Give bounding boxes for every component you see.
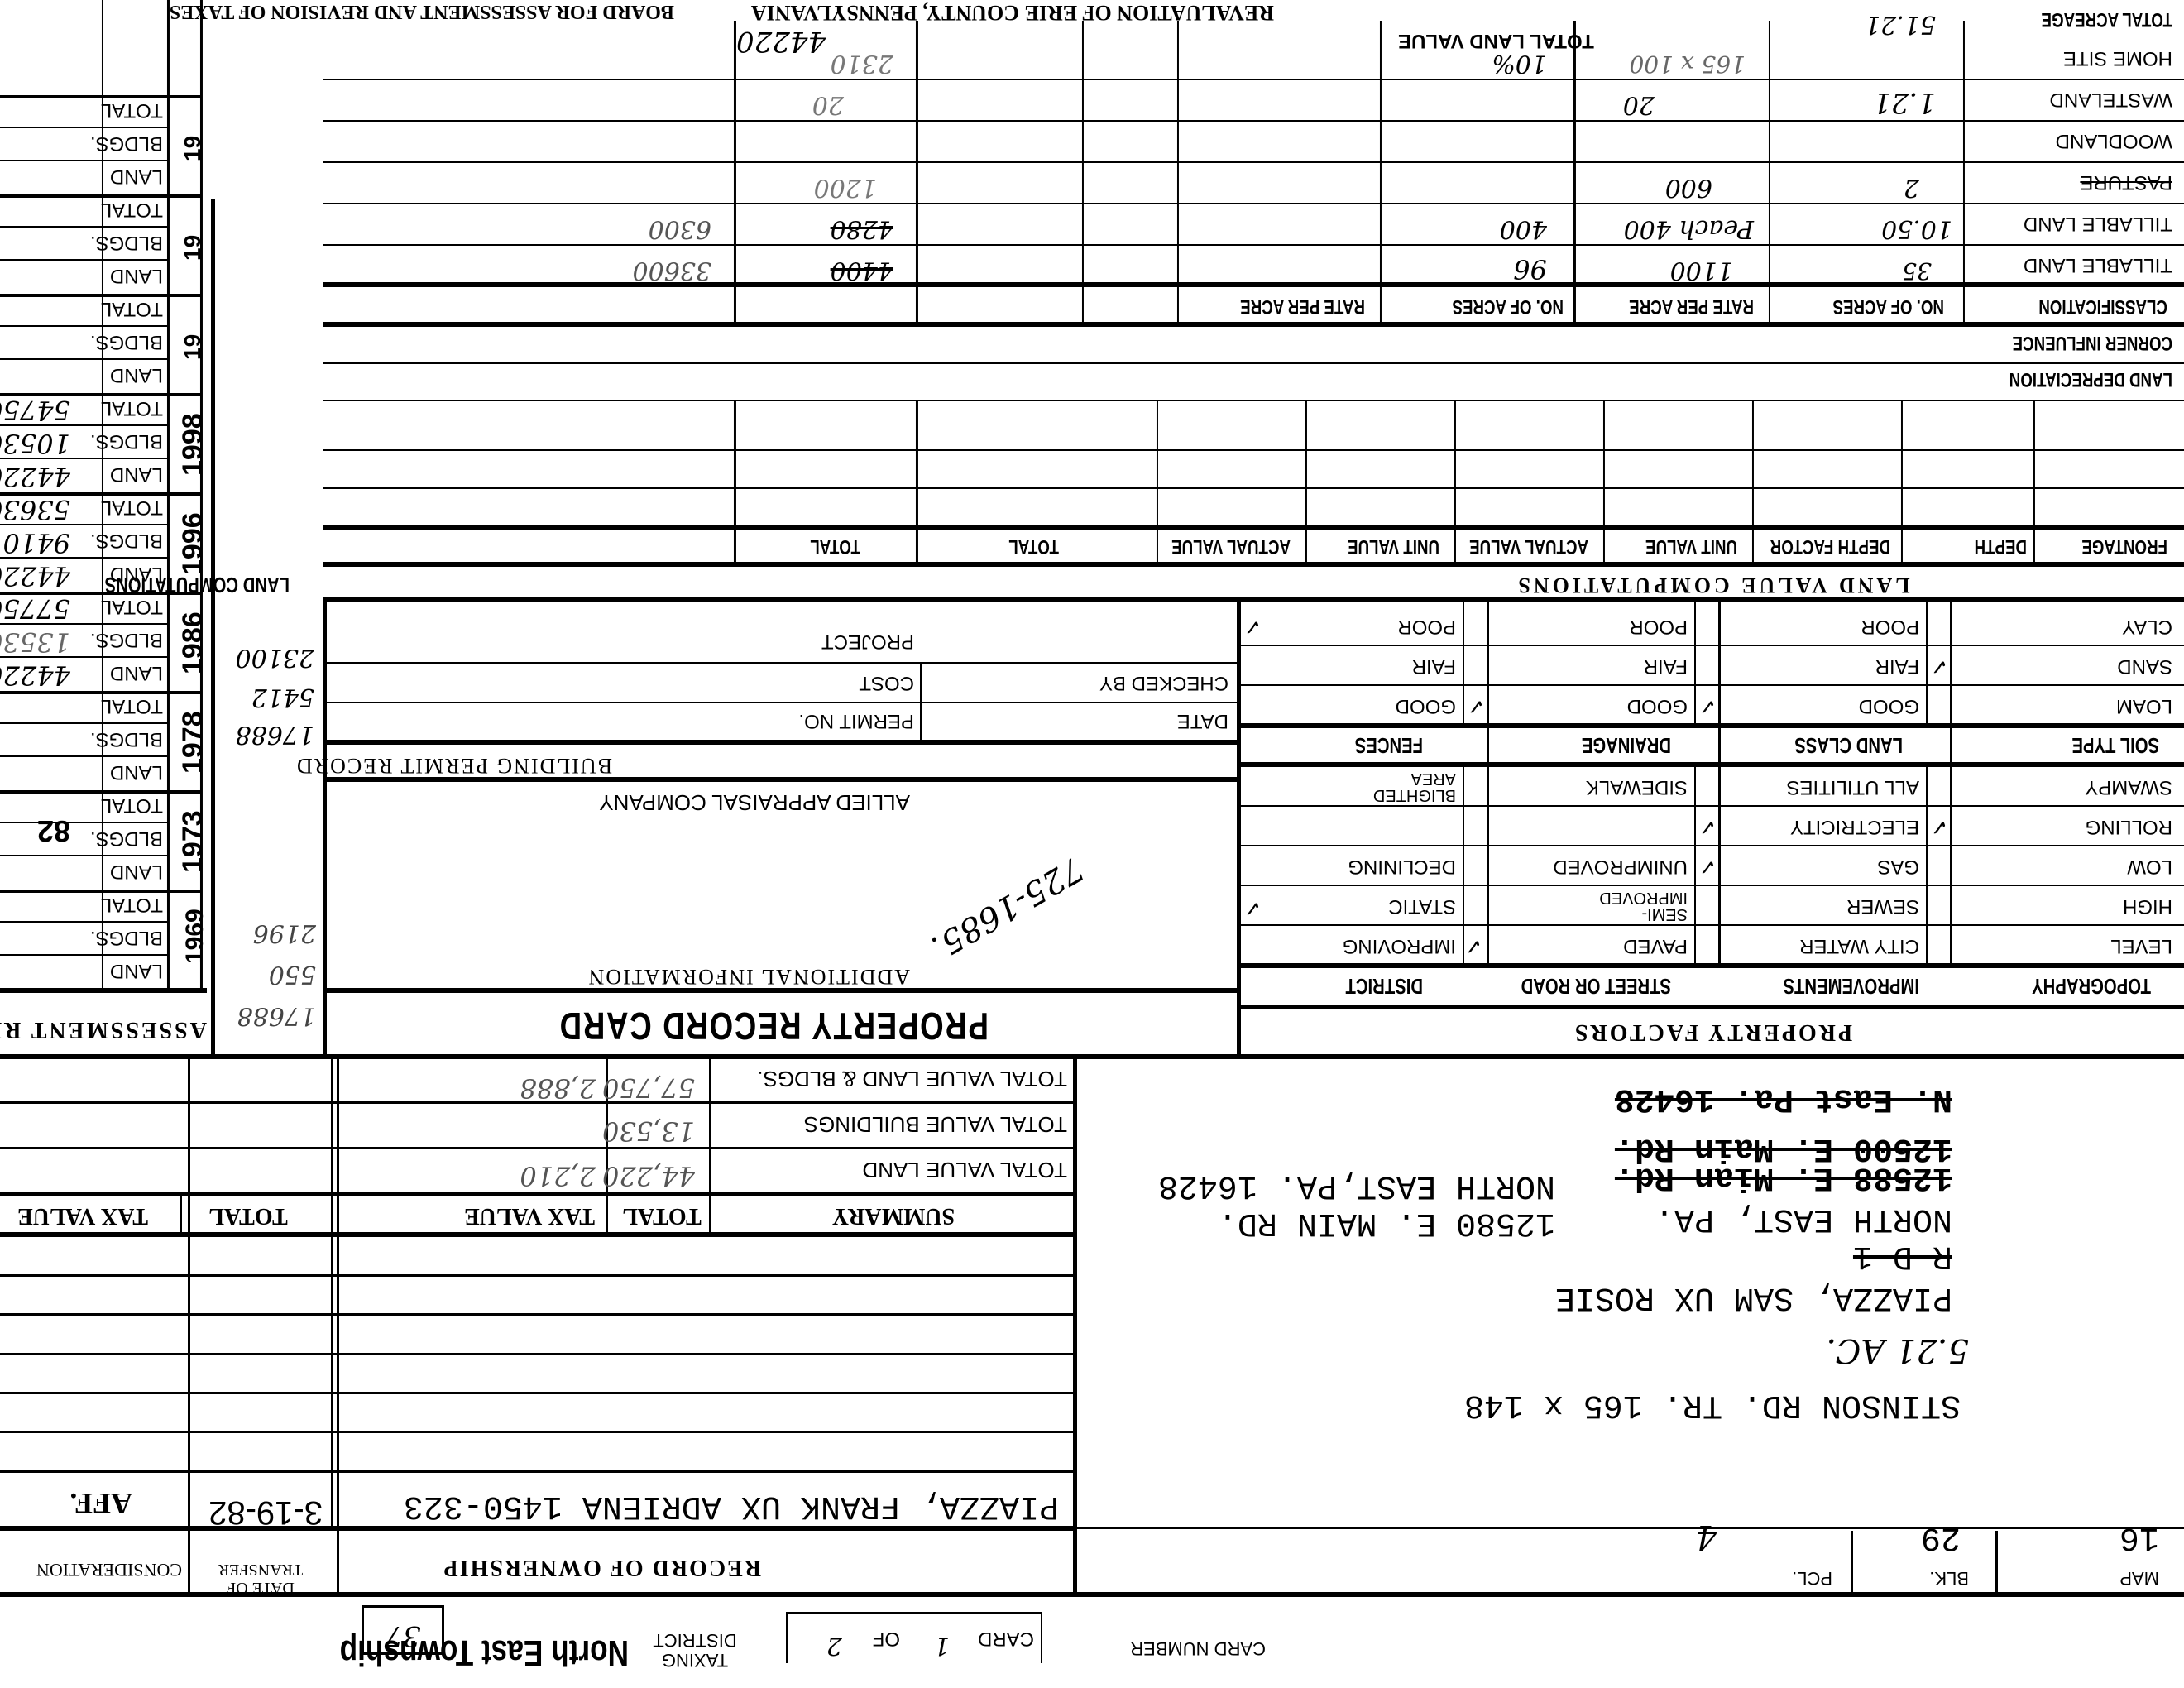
total-land-value: 44220 [736,25,826,58]
consideration-header: CONSIDERATION [0,1559,182,1580]
date-of-transfer-header: DATE OF TRANSFER [190,1531,331,1597]
current-address-1: 12580 E. MAIN RD. [1218,1204,1555,1241]
check-rolling: ✓ [1930,814,1948,840]
assessment-year-block: 19 LAND BLDGS. TOTAL [0,194,203,294]
assessment-year-block: 19 LAND BLDGS. TOTAL [0,294,203,393]
assessment-years: 1969 LAND BLDGS. TOTAL 1973 LAND BLDGS. … [0,0,203,989]
acreage-row: PASTURE 2 600 1200 [323,163,2184,202]
summary-header: SUMMARY [711,1196,1075,1235]
lvc-grid [323,401,2184,567]
building-permit-title: BUILDING PERMIT RECORD [295,753,612,778]
acreage-row: WOODLAND [323,122,2184,161]
former-address-2: NORTH EAST, PA. [1655,1200,1952,1237]
property-factors-grid: LEVEL CITY WATER PAVED IMPROVING ✓ HIGH … [1241,767,2184,966]
land-computations-title: LAND COMPUTATIONS [105,572,290,597]
owner-name: PIAZZA, FRANK UX ADRIENA 1450-323 [404,1487,1059,1524]
pcl-value: 4 [1696,1518,1717,1556]
summary-tax-header-2: TAX VALUE [0,1196,165,1235]
card-title: PROPERTY RECORD CARD [327,993,1237,1055]
assessment-year-block: 1969 LAND BLDGS. TOTAL [0,890,203,989]
assessment-year-block: 1978 LAND BLDGS. TOTAL [0,691,203,790]
assessment-record-title: ASSESSMENT RECORD [0,1016,207,1043]
total-land-value-label: TOTAL LAND VALUE [1398,29,1594,52]
assessment-year-block: 19 LAND BLDGS. TOTAL [0,95,203,194]
acreage-row: WASTELAND 1.21 20 20 [323,80,2184,119]
summary-row-bldgs: TOTAL VALUE BUILDINGS [711,1104,1075,1147]
card-number-label: CARD NUMBER [1166,1638,1266,1659]
boxed-number: 37 [362,1605,444,1655]
assessment-year-block: 1986 LAND BLDGS. TOTAL 44220 13530 57750 [0,592,203,691]
acreage-row: TILLABLE LAND 35 1100 96 4400 33600 [323,246,2184,285]
current-address-2: NORTH EAST,PA. 16428 [1158,1167,1555,1204]
soil-headers: SOIL TYPE LAND CLASS DRAINAGE FENCES [1241,728,2184,765]
soil-grid: LOAM GOOD GOOD GOOD ✓ ✓ SAND FAIR FAIR F… [1241,602,2184,726]
corner-influence-label: CORNER INFLUENCE [2013,331,2172,354]
legal-description: STINSON RD. TR. 165 x 148 [1464,1386,1961,1423]
former-owner: PIAZZA, SAM UX ROSIE [1555,1278,1952,1316]
summary-tax-header: TAX VALUE [447,1196,612,1235]
appraiser-name: ALLIED APPRAISAL COMPANY [599,789,910,815]
acreage-row: HOME SITE 165 x 100 10% 2310 [323,39,2184,78]
acreage-row: TILLABLE LAND 10.50 Peach 400 400 4280 6… [323,204,2184,243]
check-paved: ✓ [1464,933,1482,959]
property-factors-headers: TOPOGRAPHY IMPROVEMENTS STREET OR ROAD D… [1241,968,2184,1007]
land-depreciation-label: LAND DEPRECIATION [2009,367,2172,391]
transfer-date: 3-19-82 [208,1494,323,1531]
consideration: AFF. [69,1486,132,1521]
struck-address-3: N. East Pa. 16428 [1615,1080,1952,1117]
map-value: 16 [2119,1518,2159,1556]
right-header-title: REVALUATION OF ERIE COUNTY, PENNSYLVANIA [751,0,1274,25]
assessment-year-block: 1998 LAND BLDGS. TOTAL 44220 10530 54750 [0,393,203,492]
check-electricity: ✓ [1698,814,1717,840]
blk-value: 29 [1921,1518,1961,1556]
check-gas: ✓ [1698,854,1717,880]
handwritten-phone: 725-1685. [925,849,1090,966]
additional-information-label: ADDITIONAL INFORMATION [587,964,910,989]
assessment-year-block: 1973 LAND BLDGS. TOTAL 82 [0,790,203,890]
summary-row-total: TOTAL VALUE LAND & BLDGS. [711,1058,1075,1101]
left-header-title: BOARD FOR ASSESSMENT AND REVISION OF TAX… [170,0,674,22]
property-record-card: CARD NUMBER CARD 1 OF 2 TAXING DISTRICT … [0,0,2184,1688]
former-address-1: R D 1 [1853,1237,1952,1274]
acreage-note: 5.21 AC. [1826,1331,1969,1369]
land-value-computations-title: LAND VALUE COMPUTATIONS [1241,573,2184,597]
card-count-box: CARD 1 OF 2 [786,1612,1042,1663]
summary-total-header-2: TOTAL [199,1196,298,1235]
summary-row-land: TOTAL VALUE LAND [711,1149,1075,1194]
property-factors-title: PROPERTY FACTORS [1241,1009,2184,1055]
taxing-district-label: TAXING DISTRICT [645,1630,745,1670]
building-permit-grid: DATE CHECKED BY PERMIT NO. COST PROJECT [327,602,1237,742]
ownership-row: PIAZZA, FRANK UX ADRIENA 1450-323 3-19-8… [0,1473,1075,1531]
summary-total-header: TOTAL [612,1196,711,1235]
check-static: ✓ [1243,895,1262,921]
record-of-ownership-header: RECORD OF OWNERSHIP [281,1531,1075,1597]
struck-address-2: 12500 E. Main Rd. [1615,1129,1952,1167]
